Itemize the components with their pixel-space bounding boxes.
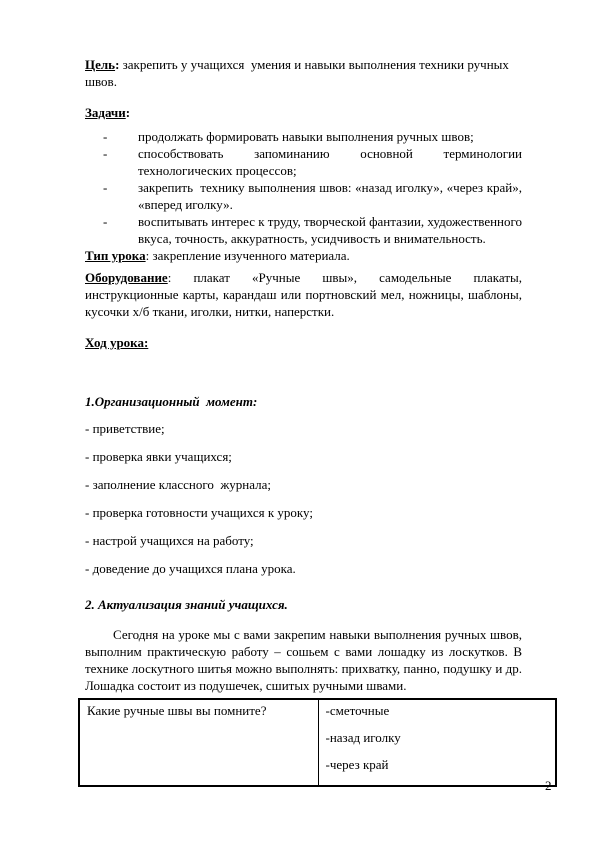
task-item-text: закрепить технику выполнения швов: «наза… xyxy=(138,179,522,213)
org-moment-item: - настрой учащихся на работу; xyxy=(85,532,522,549)
tasks-separator: : xyxy=(126,105,130,120)
page-number: 2 xyxy=(545,777,552,794)
section2-heading: 2. Актуализация знаний учащихся. xyxy=(85,596,522,613)
dash-bullet: - xyxy=(103,145,138,179)
lesson-type-text: закрепление изученного материала. xyxy=(152,248,349,263)
task-item: -закрепить технику выполнения швов: «наз… xyxy=(85,179,522,213)
equipment-separator: : xyxy=(168,270,194,285)
qa-table: Какие ручные швы вы помните? -сметочные … xyxy=(78,698,557,787)
answer-item: -сметочные xyxy=(326,702,549,719)
section1-heading: 1.Организационный момент: xyxy=(85,393,522,410)
table-row: Какие ручные швы вы помните? -сметочные … xyxy=(79,699,556,786)
question-text: Какие ручные швы вы помните? xyxy=(87,703,266,718)
task-item: -продолжать формировать навыки выполнени… xyxy=(85,128,522,145)
org-moment-item: - проверка явки учащихся; xyxy=(85,448,522,465)
lesson-type-label: Тип урока xyxy=(85,248,146,263)
goal-paragraph: Цель: закрепить у учащихся умения и навы… xyxy=(85,56,522,90)
answer-item: -через край xyxy=(326,756,549,773)
question-cell: Какие ручные швы вы помните? xyxy=(79,699,318,786)
goal-label: Цель xyxy=(85,57,115,72)
lesson-type-paragraph: Тип урока: закрепление изученного матери… xyxy=(85,247,522,264)
task-item-text: способствовать запоминанию основной терм… xyxy=(138,145,522,179)
org-moment-item: - приветствие; xyxy=(85,420,522,437)
dash-bullet: - xyxy=(103,179,138,213)
dash-bullet: - xyxy=(103,128,138,145)
section2-paragraph: Сегодня на уроке мы с вами закрепим навы… xyxy=(85,626,522,694)
tasks-heading: Задачи: xyxy=(85,104,522,121)
answer-item: -назад иголку xyxy=(326,729,549,746)
goal-text: закрепить у учащихся умения и навыки вып… xyxy=(85,57,512,89)
task-item-text: воспитывать интерес к труду, творческой … xyxy=(138,213,522,247)
equipment-label: Оборудование xyxy=(85,270,168,285)
lesson-course-heading: Ход урока: xyxy=(85,334,522,351)
dash-bullet: - xyxy=(103,213,138,247)
org-moment-item: - доведение до учащихся плана урока. xyxy=(85,560,522,577)
task-item-text: продолжать формировать навыки выполнения… xyxy=(138,128,522,145)
tasks-label: Задачи xyxy=(85,105,126,120)
answer-cell: -сметочные -назад иголку -через край xyxy=(318,699,556,786)
task-item: -способствовать запоминанию основной тер… xyxy=(85,145,522,179)
lesson-course-label: Ход урока: xyxy=(85,335,148,350)
tasks-list: -продолжать формировать навыки выполнени… xyxy=(85,128,522,247)
document-page: Цель: закрепить у учащихся умения и навы… xyxy=(0,0,595,842)
org-moment-item: - заполнение классного журнала; xyxy=(85,476,522,493)
org-moment-item: - проверка готовности учащихся к уроку; xyxy=(85,504,522,521)
equipment-paragraph: Оборудование: плакат «Ручные швы», самод… xyxy=(85,269,522,320)
task-item: -воспитывать интерес к труду, творческой… xyxy=(85,213,522,247)
goal-separator: : xyxy=(115,57,123,72)
